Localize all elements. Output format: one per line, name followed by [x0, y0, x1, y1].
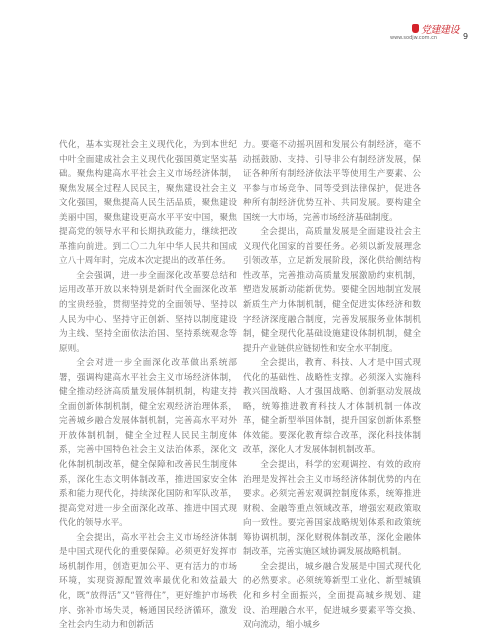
left-column: 代化，基本实现社会主义现代化，为到本世纪中叶全面建成社会主义现代化强国奠定坚实基…: [59, 138, 237, 633]
page-number: 9: [463, 32, 468, 41]
page-header: 党建建设 www.sodjw.com.cn 9: [390, 18, 480, 48]
paragraph: 全会提出，教育、科技、人才是中国式现代化的基础性、战略性支撑。必须深入实施科教兴…: [243, 356, 421, 458]
logo-url: www.sodjw.com.cn: [390, 35, 437, 41]
paragraph: 全会对进一步全面深化改革做出系统部署，强调构建高水平社会主义市场经济体制，健全推…: [59, 356, 237, 531]
paragraph: 全会提出，科学的宏观调控、有效的政府治理是发挥社会主义市场经济体制优势的内在要求…: [243, 458, 421, 560]
paragraph: 代化，基本实现社会主义现代化，为到本世纪中叶全面建成社会主义现代化强国奠定坚实基…: [59, 138, 237, 269]
paragraph: 全会提出，城乡融合发展是中国式现代化的必然要求。必须统筹新型工业化、新型城镇化和…: [243, 560, 421, 633]
paragraph: 力。要毫不动摇巩固和发展公有制经济，毫不动摇鼓励、支持、引导非公有制经济发展，保…: [243, 138, 421, 225]
paragraph: 全会强调，进一步全面深化改革要总结和运用改革开放以来特别是新时代全面深化改革的宝…: [59, 269, 237, 356]
right-column: 力。要毫不动摇巩固和发展公有制经济，毫不动摇鼓励、支持、引导非公有制经济发展，保…: [243, 138, 421, 633]
logo-title: 党建建设: [421, 21, 459, 36]
party-emblem-icon: [412, 24, 419, 33]
paragraph: 全会提出，高水平社会主义市场经济体制是中国式现代化的重要保障。必须更好发挥市场机…: [59, 531, 237, 633]
publication-logo: 党建建设 www.sodjw.com.cn: [390, 18, 450, 46]
paragraph: 全会提出，高质量发展是全面建设社会主义现代化国家的首要任务。必须以新发展理念引领…: [243, 225, 421, 356]
